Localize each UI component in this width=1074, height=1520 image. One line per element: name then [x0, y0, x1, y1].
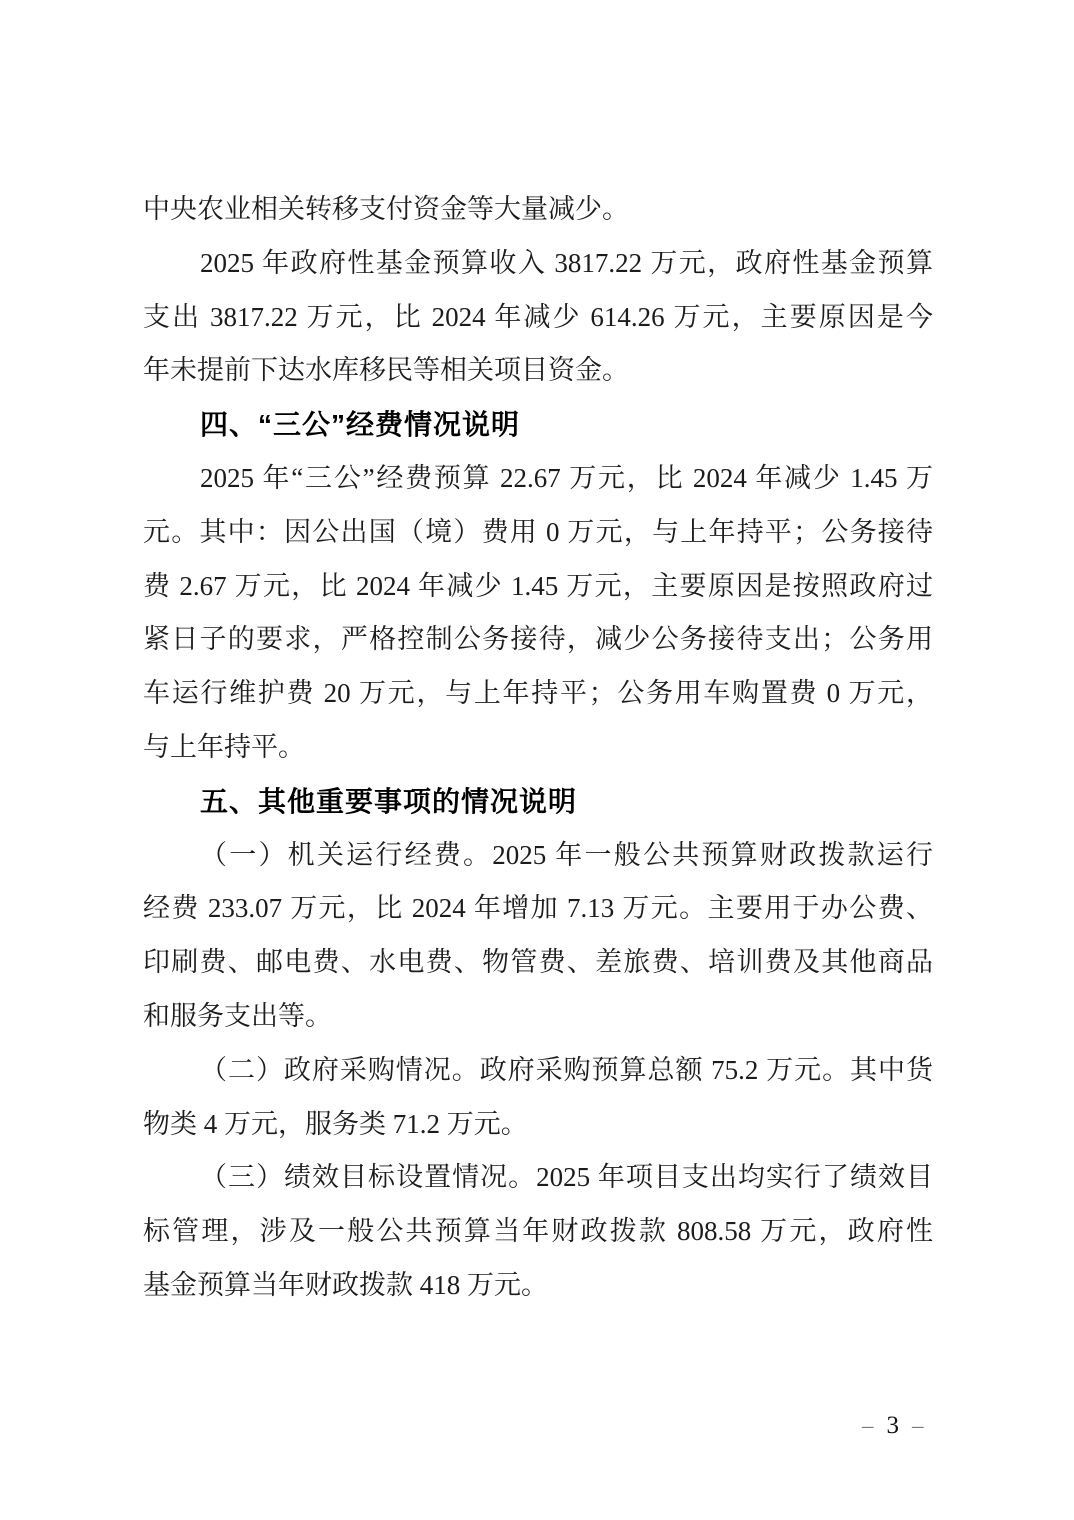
- text-line: 车运行维护费 20 万元，与上年持平；公务用车购置费 0 万元，: [143, 667, 933, 721]
- page-number-left-dash: –: [862, 1413, 874, 1438]
- text-line: 2025 年“三公”经费预算 22.67 万元，比 2024 年减少 1.45 …: [143, 452, 933, 506]
- page-number: –3–: [862, 1410, 924, 1442]
- text-line: （二）政府采购情况。政府采购预算总额 75.2 万元。其中货: [143, 1044, 933, 1098]
- section-heading: 五、其他重要事项的情况说明: [143, 775, 933, 829]
- text-line: 和服务支出等。: [143, 990, 933, 1044]
- text-line: 经费 233.07 万元，比 2024 年增加 7.13 万元。主要用于办公费、: [143, 882, 933, 936]
- text-line: 中央农业相关转移支付资金等大量减少。: [143, 183, 933, 237]
- text-line: 2025 年政府性基金预算收入 3817.22 万元，政府性基金预算: [143, 237, 933, 291]
- text-line: 标管理，涉及一般公共预算当年财政拨款 808.58 万元，政府性: [143, 1205, 933, 1259]
- text-line: 费 2.67 万元，比 2024 年减少 1.45 万元，主要原因是按照政府过: [143, 560, 933, 614]
- text-line: 印刷费、邮电费、水电费、物管费、差旅费、培训费及其他商品: [143, 936, 933, 990]
- text-line: 元。其中：因公出国（境）费用 0 万元，与上年持平；公务接待: [143, 506, 933, 560]
- document-page: 中央农业相关转移支付资金等大量减少。2025 年政府性基金预算收入 3817.2…: [0, 0, 1074, 1520]
- text-line-body: 2025 年项目支出均实行了绩效目: [536, 1162, 933, 1192]
- text-line: 支出 3817.22 万元，比 2024 年减少 614.26 万元，主要原因是…: [143, 291, 933, 345]
- list-item-lead: （三）绩效目标设置情况。: [200, 1162, 536, 1192]
- text-line: 紧日子的要求，严格控制公务接待，减少公务接待支出；公务用: [143, 613, 933, 667]
- text-line: （一）机关运行经费。2025 年一般公共预算财政拨款运行: [143, 829, 933, 883]
- document-body: 中央农业相关转移支付资金等大量减少。2025 年政府性基金预算收入 3817.2…: [143, 183, 933, 1313]
- list-item-lead: （二）政府采购情况。: [200, 1055, 480, 1085]
- text-line: 基金预算当年财政拨款 418 万元。: [143, 1259, 933, 1313]
- page-number-value: 3: [887, 1412, 900, 1439]
- text-line: 年未提前下达水库移民等相关项目资金。: [143, 344, 933, 398]
- section-heading: 四、“三公”经费情况说明: [143, 398, 933, 452]
- text-line: 与上年持平。: [143, 721, 933, 775]
- list-item-lead: （一）机关运行经费。: [200, 840, 492, 870]
- page-number-right-dash: –: [912, 1413, 924, 1438]
- text-line: 物类 4 万元，服务类 71.2 万元。: [143, 1098, 933, 1152]
- text-line-body: 2025 年一般公共预算财政拨款运行: [492, 840, 933, 870]
- text-line: （三）绩效目标设置情况。2025 年项目支出均实行了绩效目: [143, 1151, 933, 1205]
- text-line-body: 政府采购预算总额 75.2 万元。其中货: [480, 1055, 933, 1085]
